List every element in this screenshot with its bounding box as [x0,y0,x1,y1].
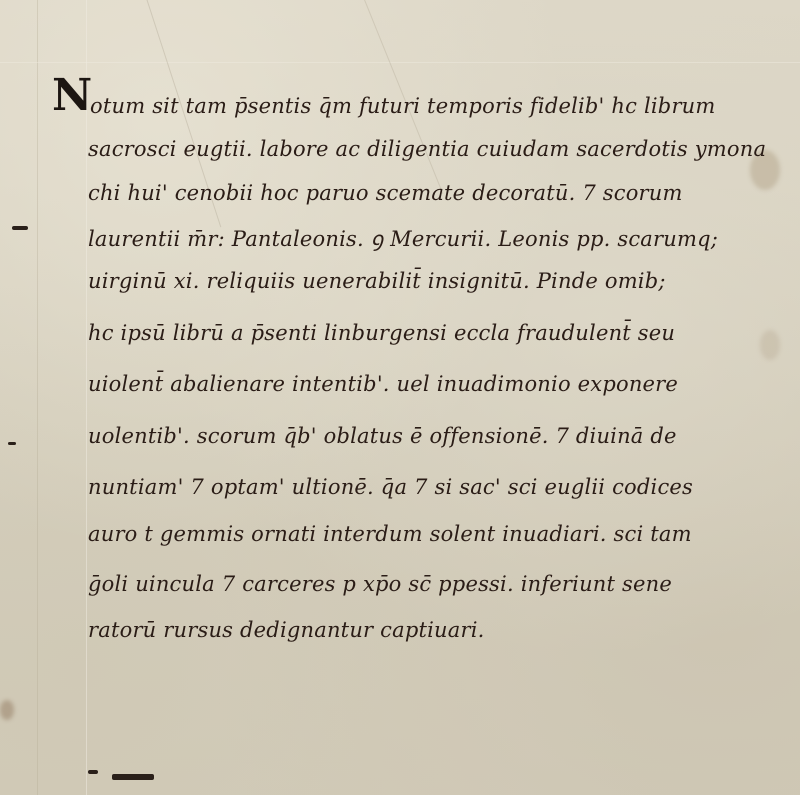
manuscript-line: chi hui' cenobii hoc paruo scemate decor… [88,181,683,205]
ink-blot [88,770,98,774]
manuscript-line: uolentib'. scorum q̄b' oblatus ē offensi… [88,424,677,448]
manuscript-line: uiolent̄ abalienare intentib'. uel inuad… [88,372,678,396]
parchment-stain [0,700,14,720]
manuscript-line: auro t gemmis ornati interdum solent inu… [88,522,692,546]
decorated-initial: N [52,74,92,118]
ink-blot [112,774,154,780]
parchment-stain [760,330,780,360]
ink-blot [12,226,28,230]
manuscript-line: laurentii m̄r: Pantaleonis. ꝯ Mercurii. … [88,225,718,253]
manuscript-line: ḡoli uincula 7 carceres p xp̄o sc̄ ppess… [88,572,672,596]
manuscript-line: sacrosci eugtii. labore ac diligentia cu… [88,137,766,161]
manuscript-line: ratorū rursus dedignantur captiuari. [88,618,485,642]
ink-blot [8,442,16,445]
manuscript-line: otum sit tam p̄sentis q̄m futuri tempori… [90,94,716,118]
margin-ruling-line [37,0,38,795]
manuscript-page: N otum sit tam p̄sentis q̄m futuri tempo… [0,0,800,795]
manuscript-line: uirginū xi. reliquiis uenerabilit̄ insig… [88,269,666,293]
manuscript-line: hc ipsū librū a p̄senti linburgensi eccl… [88,321,675,345]
manuscript-line: nuntiam' 7 optam' ultionē. q̄a 7 si sac'… [88,475,693,499]
top-ruling-line [0,62,800,63]
